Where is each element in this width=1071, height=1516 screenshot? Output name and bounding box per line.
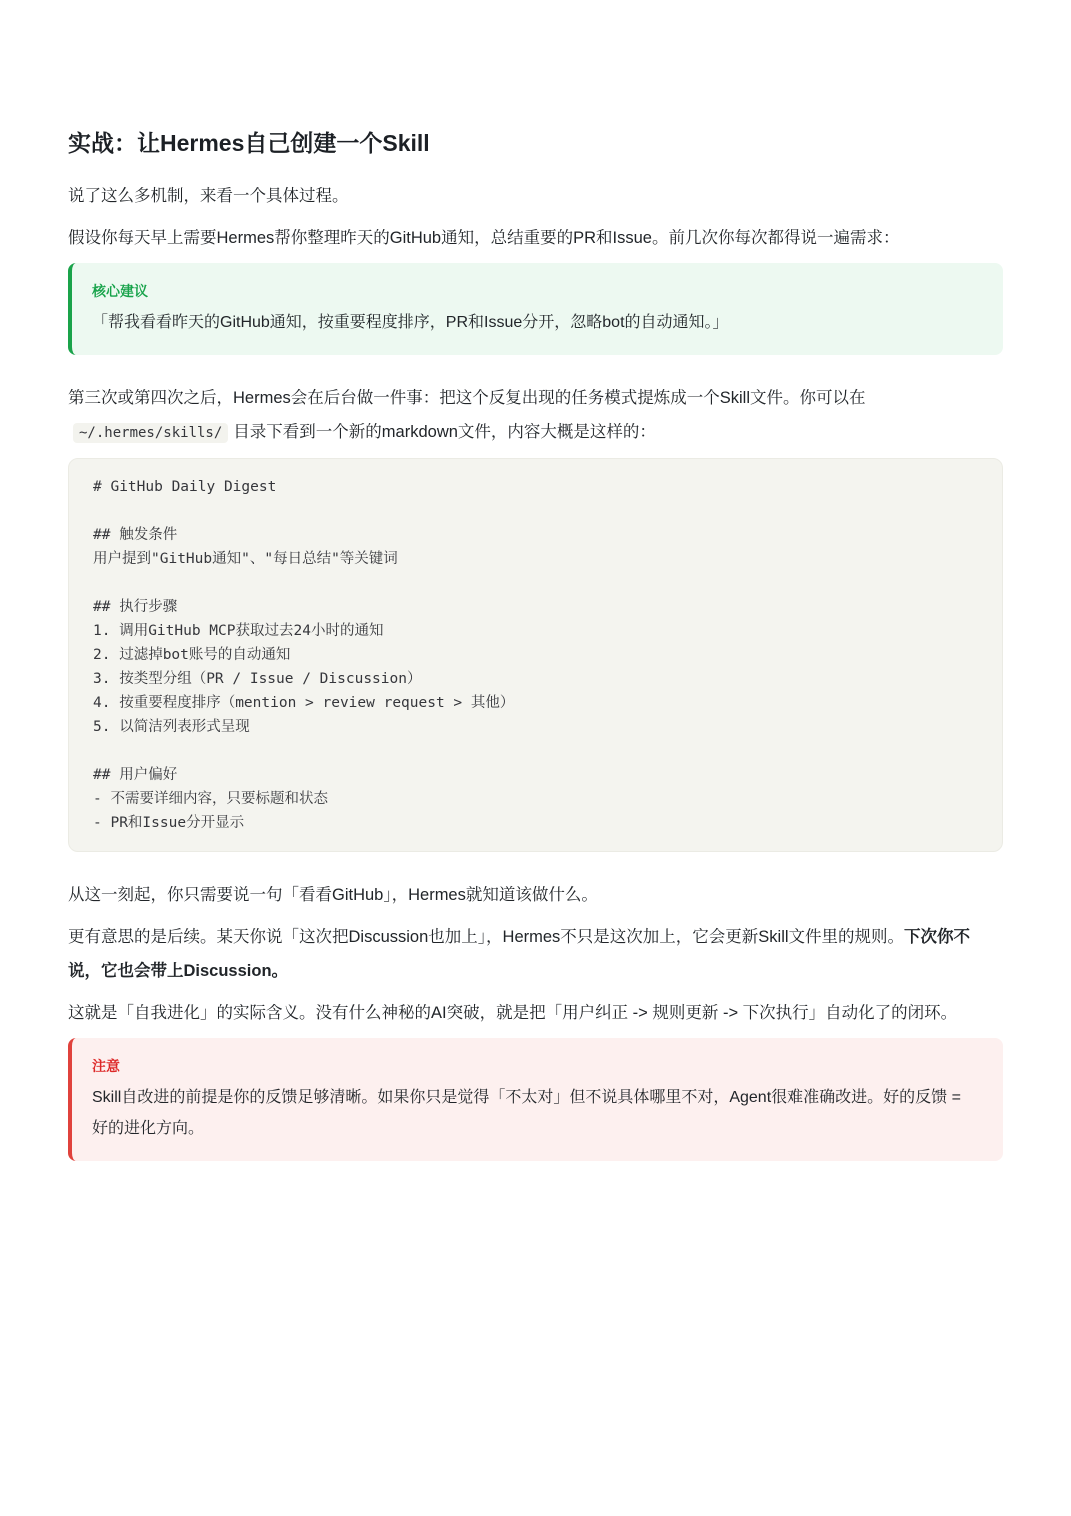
followup-paragraph: 更有意思的是后续。某天你说「这次把Discussion也加上」，Hermes不只… bbox=[68, 920, 1003, 988]
warning-callout-label: 注意 bbox=[92, 1056, 979, 1076]
inline-code-skills-path: ~/.hermes/skills/ bbox=[73, 423, 228, 443]
skill-file-code-content: # GitHub Daily Digest ## 触发条件 用户提到"GitHu… bbox=[93, 479, 514, 831]
skill-file-code-block: # GitHub Daily Digest ## 触发条件 用户提到"GitHu… bbox=[68, 458, 1003, 852]
article-page: 实战：让Hermes自己创建一个Skill 说了这么多机制，来看一个具体过程。 … bbox=[0, 0, 1071, 1247]
intro-paragraph: 说了这么多机制，来看一个具体过程。 bbox=[68, 179, 1003, 213]
tip-callout-label: 核心建议 bbox=[92, 281, 979, 301]
followup-text: 更有意思的是后续。某天你说「这次把Discussion也加上」，Hermes不只… bbox=[68, 928, 904, 946]
page-title: 实战：让Hermes自己创建一个Skill bbox=[68, 127, 1003, 159]
tip-callout-text: 「帮我看看昨天的GitHub通知，按重要程度排序，PR和Issue分开，忽略bo… bbox=[92, 307, 979, 338]
warning-callout: 注意 Skill自改进的前提是你的反馈足够清晰。如果你只是觉得「不太对」但不说具… bbox=[68, 1038, 1003, 1161]
skill-extraction-paragraph: 第三次或第四次之后，Hermes会在后台做一件事：把这个反复出现的任务模式提炼成… bbox=[68, 381, 1003, 450]
usage-paragraph: 从这一刻起，你只需要说一句「看看GitHub」，Hermes就知道该做什么。 bbox=[68, 878, 1003, 912]
skill-extraction-text-before: 第三次或第四次之后，Hermes会在后台做一件事：把这个反复出现的任务模式提炼成… bbox=[68, 389, 866, 407]
skill-extraction-text-after: 目录下看到一个新的markdown文件，内容大概是这样的： bbox=[233, 423, 656, 441]
warning-callout-text: Skill自改进的前提是你的反馈足够清晰。如果你只是觉得「不太对」但不说具体哪里… bbox=[92, 1082, 979, 1144]
self-evolution-paragraph: 这就是「自我进化」的实际含义。没有什么神秘的AI突破，就是把「用户纠正 -> 规… bbox=[68, 996, 1003, 1030]
scenario-paragraph: 假设你每天早上需要Hermes帮你整理昨天的GitHub通知，总结重要的PR和I… bbox=[68, 221, 1003, 255]
tip-callout: 核心建议 「帮我看看昨天的GitHub通知，按重要程度排序，PR和Issue分开… bbox=[68, 263, 1003, 355]
